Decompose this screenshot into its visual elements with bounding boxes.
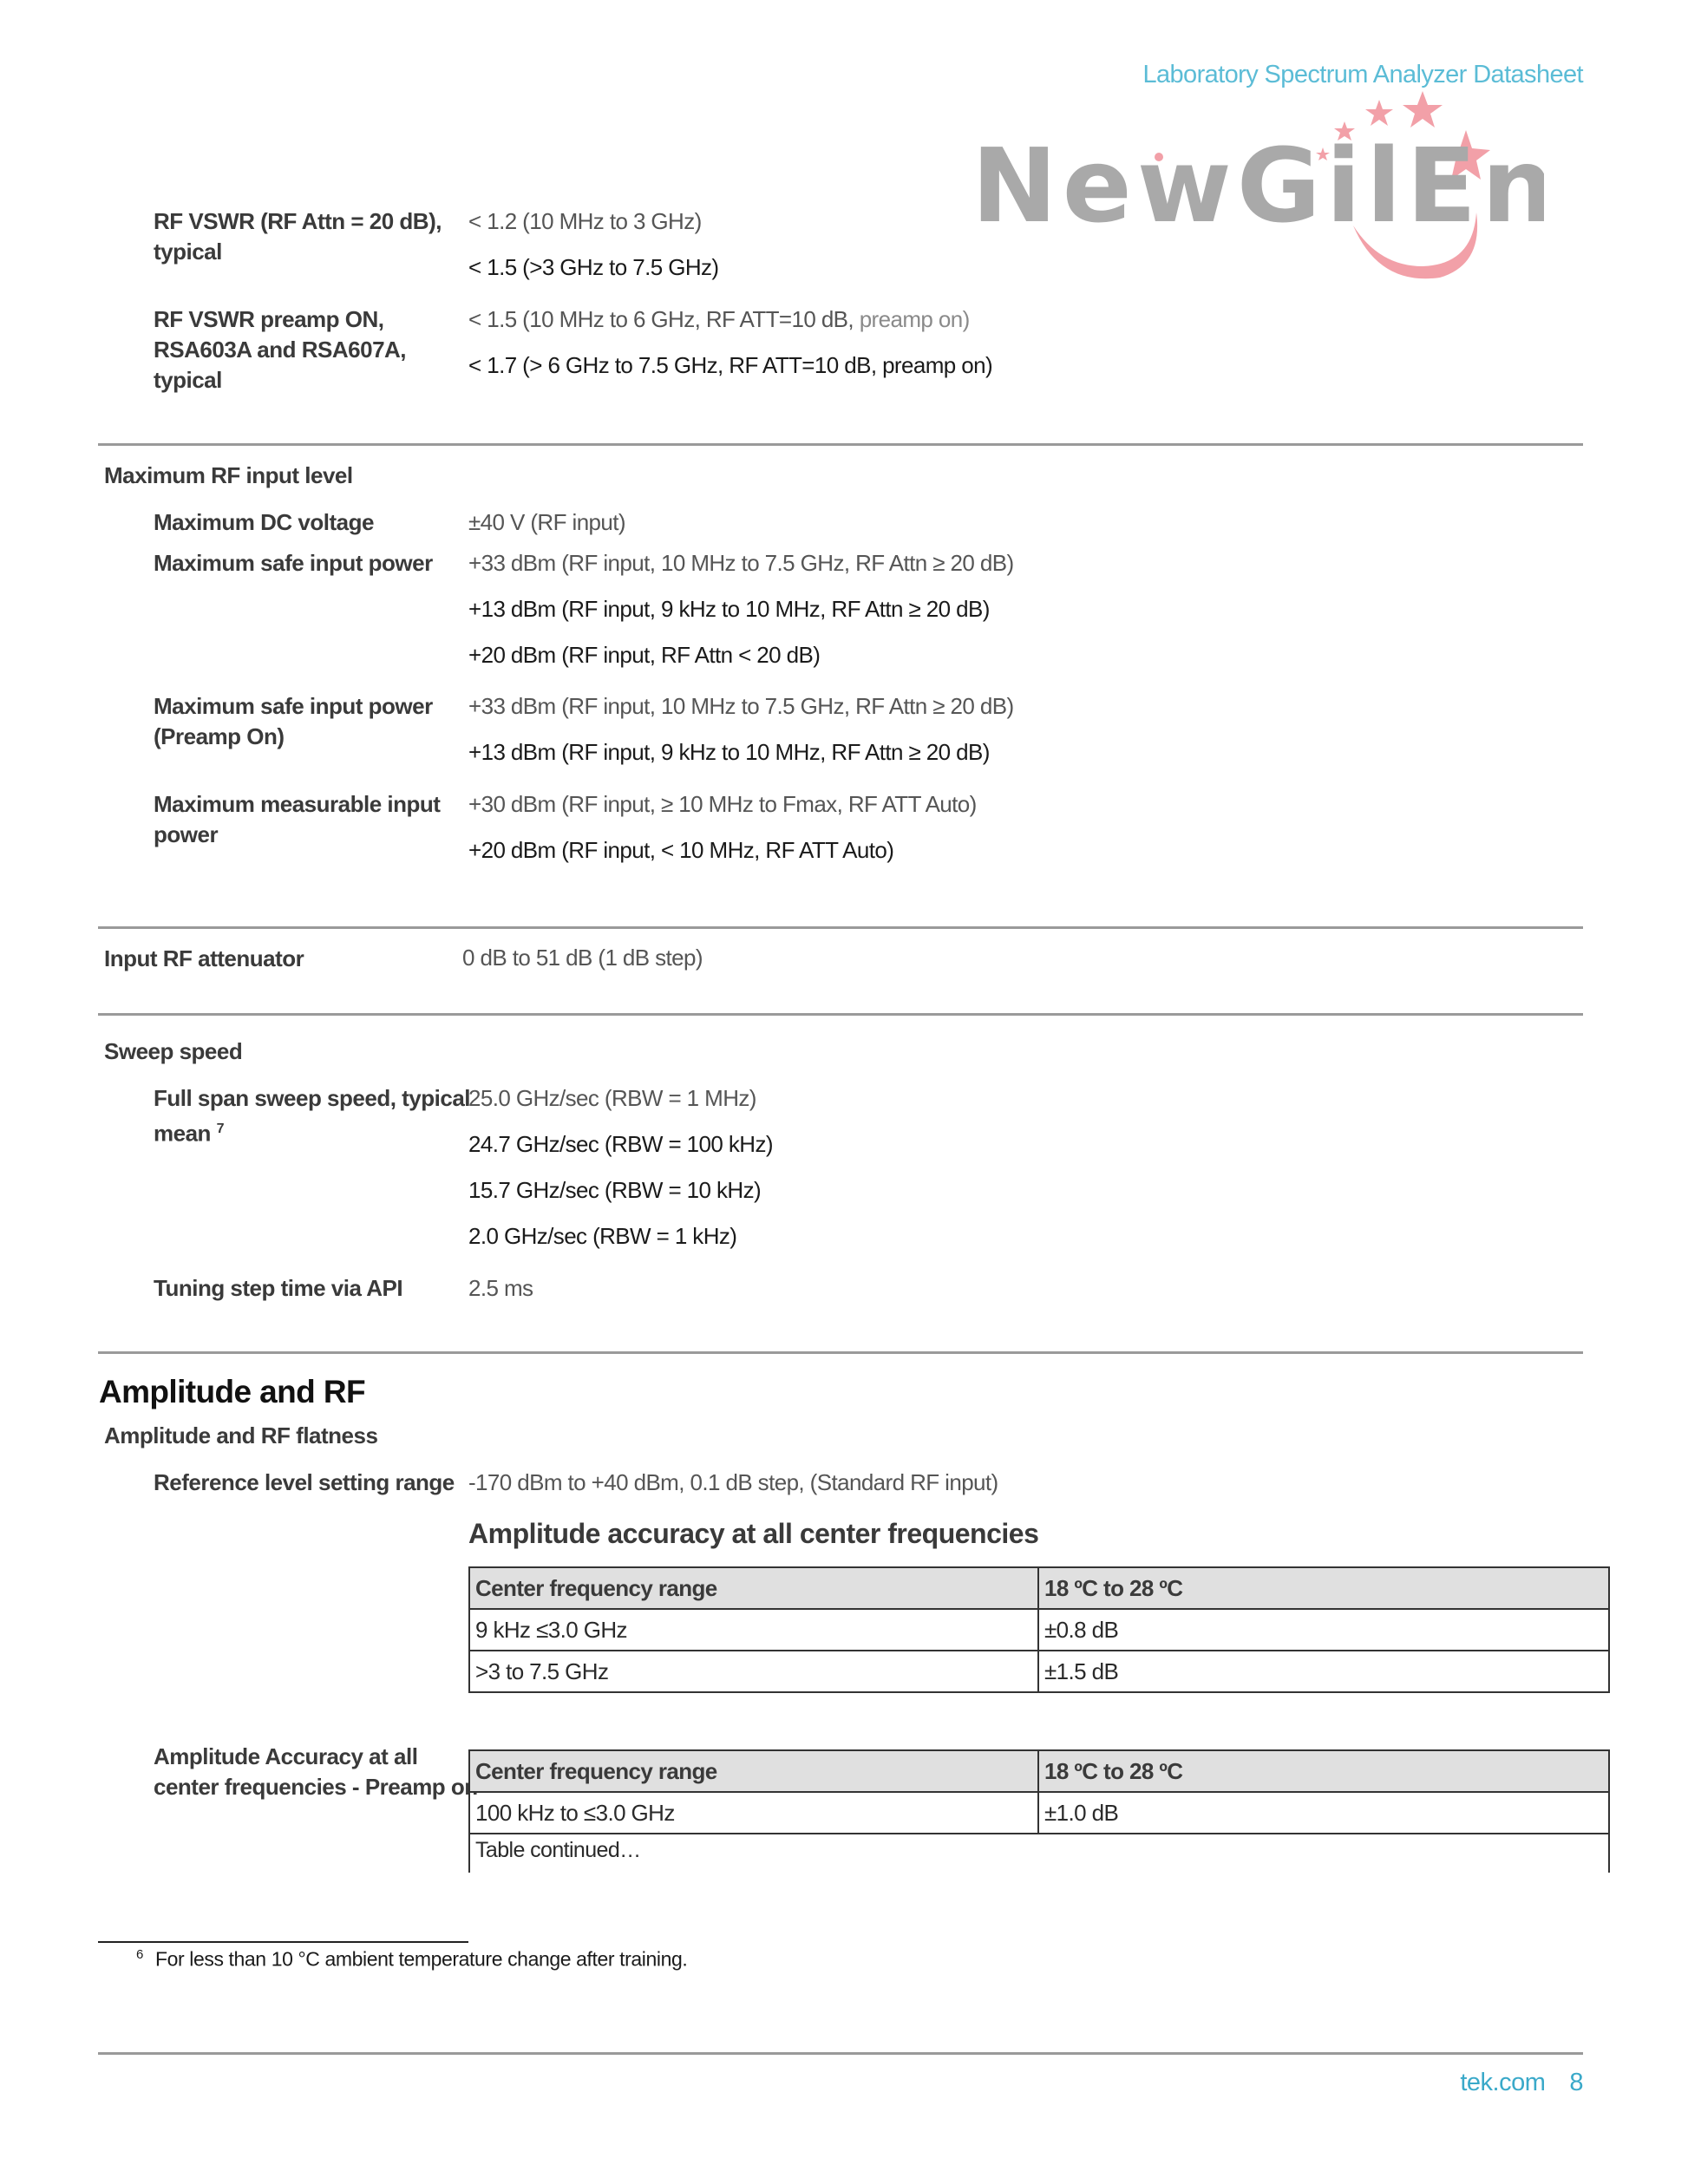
spec-value: +20 dBm (RF input, < 10 MHz, RF ATT Auto…: [468, 835, 893, 866]
amplitude-accuracy-preamp-table: Center frequency range 18 ºC to 28 ºC 10…: [468, 1749, 1610, 1873]
table-cell: >3 to 7.5 GHz: [469, 1651, 1038, 1692]
spec-value: 25.0 GHz/sec (RBW = 1 MHz): [468, 1083, 756, 1114]
spec-value: < 1.2 (10 MHz to 3 GHz): [468, 206, 702, 237]
table-continued-row: Table continued…: [469, 1834, 1609, 1873]
spec-label-tuning-step-time: Tuning step time via API: [154, 1273, 402, 1304]
footnote-number: 6: [136, 1947, 143, 1962]
spec-label-rf-vswr: RF VSWR (RF Attn = 20 dB),typical: [154, 206, 442, 267]
subheading-amplitude-rf-flatness: Amplitude and RF flatness: [104, 1422, 377, 1449]
spec-value: +33 dBm (RF input, 10 MHz to 7.5 GHz, RF…: [468, 548, 1014, 579]
spec-value: < 1.5 (10 MHz to 6 GHz, RF ATT=10 dB, pr…: [468, 304, 970, 335]
spec-value: ±40 V (RF input): [468, 507, 625, 538]
table-row: 100 kHz to ≤3.0 GHz ±1.0 dB: [469, 1792, 1609, 1834]
section-title-sweep-speed: Sweep speed: [104, 1038, 242, 1065]
table-cell: 9 kHz ≤3.0 GHz: [469, 1609, 1038, 1651]
table-title-amplitude-accuracy: Amplitude accuracy at all center frequen…: [468, 1518, 1038, 1550]
amplitude-accuracy-table: Center frequency range 18 ºC to 28 ºC 9 …: [468, 1566, 1610, 1693]
star-icon: [1365, 100, 1393, 126]
section-divider: [98, 1351, 1583, 1354]
section-title-max-rf-input: Maximum RF input level: [104, 462, 353, 489]
section-divider: [98, 1013, 1583, 1016]
spec-label-rf-vswr-preamp: RF VSWR preamp ON,RSA603A and RSA607A,ty…: [154, 304, 406, 396]
heading-amplitude-and-rf: Amplitude and RF: [99, 1374, 365, 1410]
section-divider: [98, 443, 1583, 446]
table-cell: 100 kHz to ≤3.0 GHz: [469, 1792, 1038, 1834]
spec-label-max-dc-voltage: Maximum DC voltage: [154, 507, 374, 538]
spec-value: +30 dBm (RF input, ≥ 10 MHz to Fmax, RF …: [468, 789, 977, 820]
column-header: Center frequency range: [469, 1750, 1038, 1792]
column-header: Center frequency range: [469, 1567, 1038, 1609]
spec-value: < 1.5 (>3 GHz to 7.5 GHz): [468, 252, 718, 283]
spec-value: 15.7 GHz/sec (RBW = 10 kHz): [468, 1175, 761, 1206]
footnote-ref[interactable]: 7: [217, 1121, 224, 1136]
column-header: 18 ºC to 28 ºC: [1038, 1567, 1609, 1609]
spec-label-reference-level-range: Reference level setting range: [154, 1468, 455, 1498]
footnote-divider: [98, 1941, 468, 1943]
newgilen-watermark-logo: NewGilEn: [972, 82, 1544, 291]
spec-value: 24.7 GHz/sec (RBW = 100 kHz): [468, 1129, 773, 1160]
spec-value: 0 dB to 51 dB (1 dB step): [462, 943, 703, 973]
spec-value: 2.5 ms: [468, 1273, 533, 1304]
footnote: 6For less than 10 °C ambient temperature…: [136, 1947, 687, 1971]
spec-label-input-rf-attenuator: Input RF attenuator: [104, 945, 304, 972]
spec-label-max-safe-input-power: Maximum safe input power: [154, 548, 433, 579]
spec-label-amplitude-accuracy-preamp: Amplitude Accuracy at allcenter frequenc…: [154, 1742, 478, 1802]
spec-label-max-safe-input-power-preamp: Maximum safe input power(Preamp On): [154, 691, 433, 752]
table-header-row: Center frequency range 18 ºC to 28 ºC: [469, 1567, 1609, 1609]
spec-value: -170 dBm to +40 dBm, 0.1 dB step, (Stand…: [468, 1468, 998, 1498]
spec-value: 2.0 GHz/sec (RBW = 1 kHz): [468, 1221, 736, 1252]
spec-label-max-measurable-input-power: Maximum measurable inputpower: [154, 789, 440, 850]
spec-value: +13 dBm (RF input, 9 kHz to 10 MHz, RF A…: [468, 594, 990, 624]
page-footer: tek.com8: [1460, 2069, 1583, 2097]
footer-site-link[interactable]: tek.com: [1460, 2069, 1545, 2096]
table-cell: ±1.5 dB: [1038, 1651, 1609, 1692]
footer-divider: [98, 2052, 1583, 2055]
column-header: 18 ºC to 28 ºC: [1038, 1750, 1609, 1792]
spec-value: < 1.7 (> 6 GHz to 7.5 GHz, RF ATT=10 dB,…: [468, 350, 992, 381]
star-icon: [1403, 91, 1443, 128]
svg-text:NewGilEn: NewGilEn: [972, 126, 1544, 245]
section-divider: [98, 926, 1583, 929]
footnote-text: For less than 10 °C ambient temperature …: [155, 1948, 687, 1971]
page-number: 8: [1569, 2069, 1583, 2096]
spec-value: +33 dBm (RF input, 10 MHz to 7.5 GHz, RF…: [468, 691, 1014, 722]
spec-label-full-span-sweep-speed: Full span sweep speed, typical mean 7: [154, 1083, 470, 1149]
spec-value: +20 dBm (RF input, RF Attn < 20 dB): [468, 640, 820, 670]
table-row: 9 kHz ≤3.0 GHz ±0.8 dB: [469, 1609, 1609, 1651]
table-cell: ±1.0 dB: [1038, 1792, 1609, 1834]
table-header-row: Center frequency range 18 ºC to 28 ºC: [469, 1750, 1609, 1792]
table-continued-note: Table continued…: [469, 1834, 1609, 1873]
spec-value: +13 dBm (RF input, 9 kHz to 10 MHz, RF A…: [468, 737, 990, 768]
table-row: >3 to 7.5 GHz ±1.5 dB: [469, 1651, 1609, 1692]
table-cell: ±0.8 dB: [1038, 1609, 1609, 1651]
